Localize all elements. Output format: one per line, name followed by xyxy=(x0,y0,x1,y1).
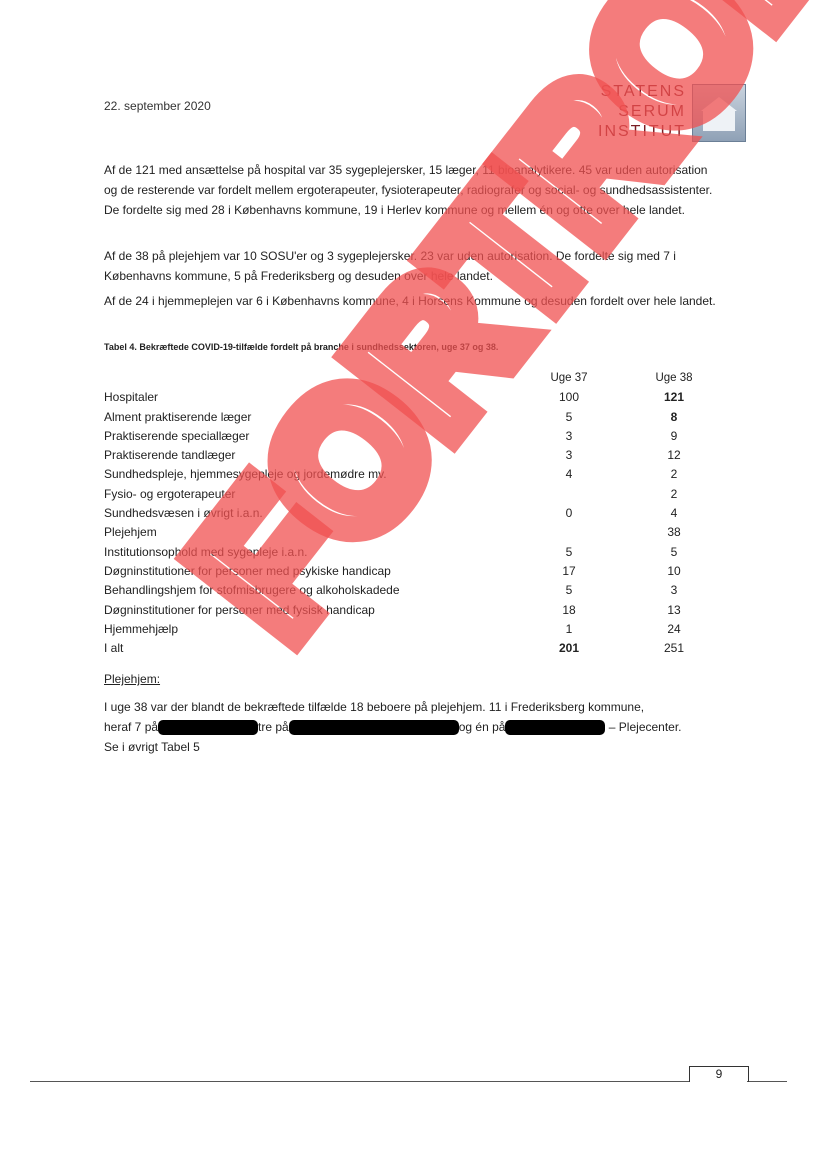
cell-uge37: 1 xyxy=(504,620,634,639)
cell-uge38: 12 xyxy=(634,446,714,465)
cell-label: Behandlingshjem for stofmisbrugere og al… xyxy=(104,581,504,600)
table-caption: Tabel 4. Bekræftede COVID-19-tilfælde fo… xyxy=(104,342,498,352)
cell-uge37: 100 xyxy=(504,388,634,407)
cell-uge37: 17 xyxy=(504,562,634,581)
section-line-3: Se i øvrigt Tabel 5 xyxy=(104,737,724,757)
header-uge37: Uge 37 xyxy=(504,369,634,388)
cell-label: Hjemmehjælp xyxy=(104,620,504,639)
header-uge38: Uge 38 xyxy=(634,369,714,388)
cell-uge37: 201 xyxy=(504,639,634,658)
cell-label: Hospitaler xyxy=(104,388,504,407)
cell-label: Sundhedsvæsen i øvrigt i.a.n. xyxy=(104,504,504,523)
paragraph-plejehjem: Af de 38 på plejehjem var 10 SOSU'er og … xyxy=(104,246,724,286)
cell-uge37: 3 xyxy=(504,427,634,446)
redaction-block xyxy=(289,720,459,735)
cell-uge38: 10 xyxy=(634,562,714,581)
cell-uge37: 5 xyxy=(504,581,634,600)
ssi-building-logo-icon xyxy=(692,84,746,142)
cell-uge37: 5 xyxy=(504,408,634,427)
table-row: Praktiserende speciallæger39 xyxy=(104,427,714,446)
footer-rule xyxy=(30,1081,690,1082)
cell-uge37: 4 xyxy=(504,465,634,484)
text-fragment: – Plejecenter. xyxy=(609,720,682,734)
logo-line-1: STATENS xyxy=(598,82,686,102)
cell-uge38: 3 xyxy=(634,581,714,600)
text-fragment: og én på xyxy=(459,720,506,734)
cell-label: Plejehjem xyxy=(104,523,504,542)
table-row: Døgninstitutioner for personer med fysis… xyxy=(104,601,714,620)
cell-uge38: 2 xyxy=(634,465,714,484)
header-label xyxy=(104,369,504,388)
cell-label: Institutionsophold med sygepleje i.a.n. xyxy=(104,543,504,562)
cell-label: Døgninstitutioner for personer med psyki… xyxy=(104,562,504,581)
table-row: Døgninstitutioner for personer med psyki… xyxy=(104,562,714,581)
table-row: Behandlingshjem for stofmisbrugere og al… xyxy=(104,581,714,600)
cell-uge38: 8 xyxy=(634,408,714,427)
paragraph-hjemmepleje: Af de 24 i hjemmeplejen var 6 i Københav… xyxy=(104,291,724,311)
cell-uge38: 13 xyxy=(634,601,714,620)
cell-label: I alt xyxy=(104,639,504,658)
cell-uge37: 3 xyxy=(504,446,634,465)
table-row: Fysio- og ergoterapeuter2 xyxy=(104,485,714,504)
cell-uge37: 5 xyxy=(504,543,634,562)
table-row: Praktiserende tandlæger312 xyxy=(104,446,714,465)
table-row: Hospitaler100121 xyxy=(104,388,714,407)
table-row: Plejehjem38 xyxy=(104,523,714,542)
cell-uge38: 5 xyxy=(634,543,714,562)
cell-label: Praktiserende speciallæger xyxy=(104,427,504,446)
ssi-logo-text: STATENS SERUM INSTITUT xyxy=(598,82,686,142)
section-line-1: I uge 38 var der blandt de bekræftede ti… xyxy=(104,697,724,717)
text-fragment: tre på xyxy=(258,720,289,734)
table-header-row: Uge 37 Uge 38 xyxy=(104,369,714,388)
footer-rule xyxy=(747,1081,787,1082)
section-heading: Plejehjem: xyxy=(104,672,160,686)
table-row: Institutionsophold med sygepleje i.a.n.5… xyxy=(104,543,714,562)
cell-label: Døgninstitutioner for personer med fysis… xyxy=(104,601,504,620)
redaction-block xyxy=(158,720,258,735)
table-row: I alt201251 xyxy=(104,639,714,658)
logo-line-3: INSTITUT xyxy=(598,122,686,142)
cell-uge38: 24 xyxy=(634,620,714,639)
logo-line-2: SERUM xyxy=(598,102,686,122)
text-fragment: heraf 7 på xyxy=(104,720,158,734)
cell-uge37 xyxy=(504,485,634,504)
cell-uge38: 121 xyxy=(634,388,714,407)
cell-label: Sundhedspleje, hjemmesygepleje og jordem… xyxy=(104,465,504,484)
page-number: 9 xyxy=(689,1066,749,1082)
cell-uge38: 38 xyxy=(634,523,714,542)
cases-table: Uge 37 Uge 38 Hospitaler100121Alment pra… xyxy=(104,369,714,658)
cell-uge37: 0 xyxy=(504,504,634,523)
document-date: 22. september 2020 xyxy=(104,99,211,113)
cell-label: Alment praktiserende læger xyxy=(104,408,504,427)
cell-uge38: 4 xyxy=(634,504,714,523)
cell-uge38: 9 xyxy=(634,427,714,446)
cell-uge37 xyxy=(504,523,634,542)
paragraph-hospital: Af de 121 med ansættelse på hospital var… xyxy=(104,160,724,220)
cell-uge38: 2 xyxy=(634,485,714,504)
cell-label: Fysio- og ergoterapeuter xyxy=(104,485,504,504)
cell-uge37: 18 xyxy=(504,601,634,620)
cell-uge38: 251 xyxy=(634,639,714,658)
table-row: Hjemmehjælp124 xyxy=(104,620,714,639)
redaction-block xyxy=(505,720,605,735)
section-line-2: heraf 7 påtre påog én på – Plejecenter. xyxy=(104,717,744,737)
table-row: Sundhedspleje, hjemmesygepleje og jordem… xyxy=(104,465,714,484)
table-row: Alment praktiserende læger58 xyxy=(104,408,714,427)
table-row: Sundhedsvæsen i øvrigt i.a.n.04 xyxy=(104,504,714,523)
cell-label: Praktiserende tandlæger xyxy=(104,446,504,465)
